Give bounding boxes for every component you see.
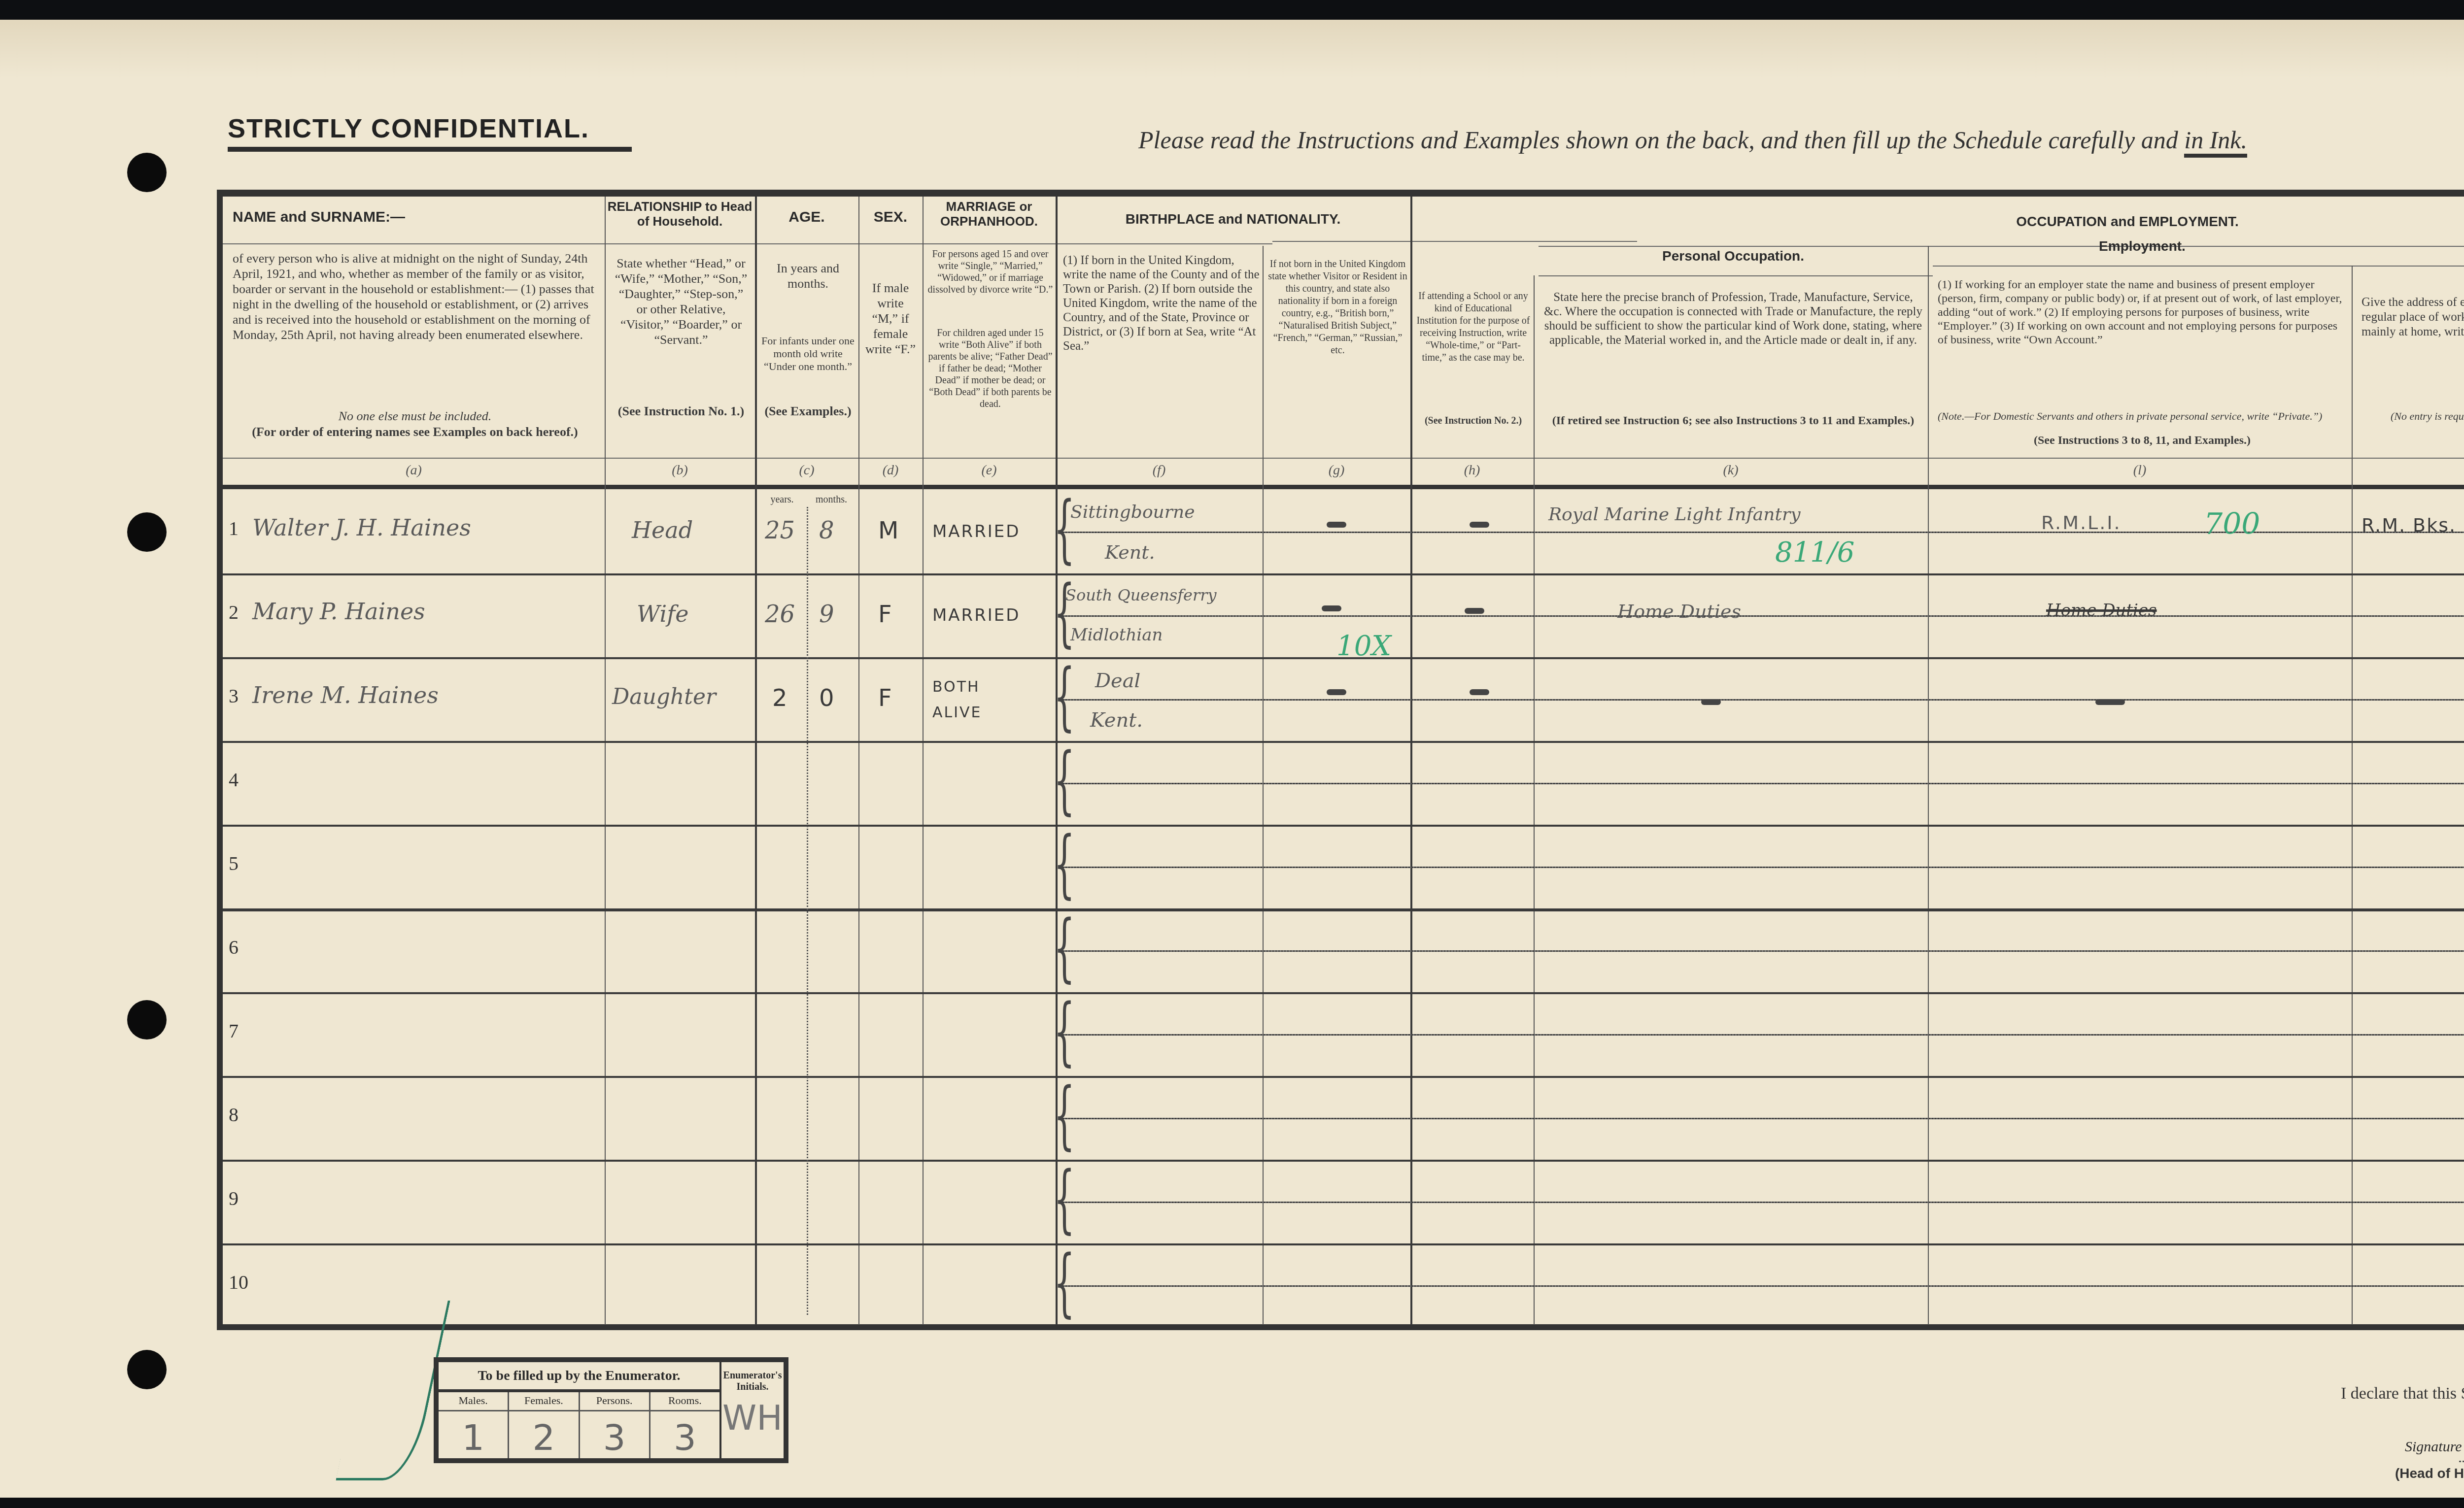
- col-k-footer: (If retired see Instruction 6; see also …: [1543, 413, 1923, 429]
- col-a-body: of every person who is alive at midnight…: [233, 251, 597, 342]
- row2-birthplace-county[interactable]: Midlothian: [1070, 625, 1163, 645]
- row-divider: [223, 825, 2464, 827]
- col-l-note: (Note.—For Domestic Servants and others …: [1938, 408, 2347, 424]
- col-m-note: (No entry is required for any person who…: [2361, 408, 2464, 424]
- row3-relationship[interactable]: Daughter: [612, 684, 716, 709]
- row-divider: [223, 908, 2464, 911]
- col-letter-h: (h): [1410, 463, 1534, 478]
- row-number: 4: [229, 768, 239, 791]
- declaration-text: I declare that this Schedule is correctl…: [2341, 1384, 2464, 1403]
- row1-nationality-dash[interactable]: [1327, 522, 1346, 528]
- col-d-body: If male write “M,” if female write “F.”: [863, 280, 918, 357]
- col-c-heading: AGE.: [757, 209, 856, 226]
- row1-birthplace-county[interactable]: Kent.: [1105, 541, 1155, 563]
- col-letter-e: (e): [923, 463, 1056, 478]
- col-d-heading: SEX.: [861, 209, 920, 226]
- col-a-note: No one else must be included.: [233, 408, 597, 424]
- col-letter-g: (g): [1263, 463, 1410, 478]
- row2-birthplace-town[interactable]: South Queensferry: [1065, 586, 1217, 604]
- header-divider: [1539, 275, 1933, 276]
- col-b-footer: (See Instruction No. 1.): [612, 403, 750, 419]
- col-letter-f: (f): [1056, 463, 1263, 478]
- age-years-subheading: years.: [757, 492, 807, 507]
- row2-occupation[interactable]: Home Duties: [1617, 601, 1741, 622]
- row1-age-months[interactable]: 8: [819, 517, 834, 544]
- col-divider-h-k: [1534, 275, 1535, 1325]
- row3-marriage[interactable]: BOTH ALIVE: [932, 674, 1006, 726]
- persons-value: 3: [580, 1417, 649, 1458]
- row2-name[interactable]: Mary P. Haines: [252, 598, 425, 625]
- row2-age-years[interactable]: 26: [765, 601, 795, 628]
- column-letter-divider: [223, 458, 2464, 459]
- age-years-months-separator: [807, 507, 808, 1315]
- row2-school-dash[interactable]: [1465, 608, 1484, 614]
- col-e-heading: MARRIAGE or ORPHANHOOD.: [925, 199, 1053, 229]
- col-l-heading: Employment.: [1933, 238, 2352, 254]
- row1-occupation[interactable]: Royal Marine Light Infantry: [1548, 504, 1800, 525]
- col-l-footer: (See Instructions 3 to 8, 11, and Exampl…: [1938, 433, 2347, 448]
- row-number: 7: [229, 1019, 239, 1042]
- col-letter-k: (k): [1534, 463, 1928, 478]
- col-e-body: For persons aged 15 and over write “Sing…: [927, 248, 1053, 296]
- row2-relationship[interactable]: Wife: [637, 601, 688, 627]
- in-ink-emphasis: in Ink.: [2184, 126, 2247, 158]
- census-table: NAME and SURNAME:— of every person who i…: [217, 190, 2464, 1330]
- row3-birthplace-county[interactable]: Kent.: [1090, 709, 1143, 732]
- header-divider: [1272, 241, 1637, 242]
- col-b-heading: RELATIONSHIP to Head of Household.: [607, 199, 753, 229]
- row-dotted-divider: [1061, 1034, 2464, 1036]
- col-m-heading: Place of Work.: [2357, 253, 2464, 269]
- enumerator-totals-header: To be filled up by the Enumerator.: [439, 1362, 719, 1392]
- signature-note: (Head of Household, Manager of Establish…: [2395, 1466, 2464, 1481]
- row1-place-of-work[interactable]: R.M. Bks. CHATHAM.: [2361, 514, 2464, 536]
- row3-employment-dash[interactable]: [2095, 699, 2125, 705]
- row-dotted-divider: [1061, 699, 2464, 701]
- col-g-body: If not born in the United Kingdom state …: [1267, 258, 1408, 357]
- row-dotted-divider: [1061, 1202, 2464, 1203]
- row3-occupation-dash[interactable]: [1701, 699, 1721, 705]
- col-divider-b-c: [755, 197, 757, 1325]
- brace-icon: {: [1054, 911, 1075, 985]
- punch-hole: [127, 153, 167, 192]
- col-l-body: (1) If working for an employer state the…: [1938, 278, 2347, 347]
- enumerator-initials-cell[interactable]: Enumerator's Initials. WH: [719, 1362, 784, 1458]
- col-c-footer: (See Examples.): [760, 403, 856, 419]
- row1-occupation-code: 811/6: [1775, 536, 1854, 569]
- row1-marriage[interactable]: MARRIED: [932, 522, 1021, 541]
- brace-icon: {: [1054, 1162, 1075, 1236]
- col-letter-c: (c): [755, 463, 858, 478]
- col-letter-l: (l): [1928, 463, 2352, 478]
- row-dotted-divider: [1061, 950, 2464, 952]
- col-divider-l-m: [2352, 266, 2353, 1325]
- row1-age-years[interactable]: 25: [765, 517, 795, 544]
- col-b-body: State whether “Head,” or “Wife,” “Mother…: [612, 256, 750, 347]
- row-divider: [223, 741, 2464, 743]
- row-dotted-divider: [1061, 783, 2464, 784]
- brace-icon: {: [1054, 1246, 1075, 1320]
- col-letter-d: (d): [858, 463, 923, 478]
- row-number: 5: [229, 852, 239, 875]
- row1-employment[interactable]: R.M.L.I.: [2041, 512, 2122, 534]
- row1-sex[interactable]: M: [878, 517, 900, 544]
- row-dotted-divider: [1061, 867, 2464, 868]
- header-bottom-rule: [223, 485, 2464, 489]
- brace-icon: {: [1054, 1078, 1075, 1152]
- col-h-footer: (See Instruction No. 2.): [1415, 413, 1531, 429]
- title-underline: [228, 147, 632, 152]
- row1-employment-code: 700: [2204, 507, 2260, 541]
- enumerator-totals-columns: Males.1 Females.2 Persons.3 Rooms.3: [439, 1392, 719, 1458]
- row1-name[interactable]: Walter J. H. Haines: [252, 514, 471, 541]
- row2-marriage[interactable]: MARRIED: [932, 605, 1021, 625]
- row3-nationality-dash[interactable]: [1327, 689, 1346, 695]
- females-cell[interactable]: Females.2: [509, 1392, 580, 1458]
- row-number: 9: [229, 1187, 239, 1210]
- col-divider-k-l: [1928, 246, 1929, 1325]
- page-title: STRICTLY CONFIDENTIAL.: [228, 113, 589, 144]
- header-divider: [223, 243, 1272, 244]
- row-dotted-divider: [1061, 615, 2464, 617]
- col-divider-d-e: [923, 197, 924, 1325]
- row3-age-months[interactable]: 0: [819, 684, 836, 712]
- row3-sex[interactable]: F: [878, 684, 893, 712]
- brace-icon: {: [1054, 995, 1075, 1069]
- brace-icon: {: [1054, 743, 1075, 817]
- col-letter-m: (m): [2352, 465, 2464, 481]
- col-divider-f-g: [1263, 246, 1264, 1325]
- row1-school-dash[interactable]: [1470, 522, 1489, 528]
- row-divider: [223, 992, 2464, 994]
- row-divider: [223, 1243, 2464, 1245]
- females-value: 2: [509, 1417, 578, 1458]
- row2-sex[interactable]: F: [878, 601, 893, 628]
- row-number: 1: [229, 517, 239, 540]
- col-h-body: If attending a School or any kind of Edu…: [1415, 290, 1531, 364]
- col-divider-g-h: [1410, 197, 1412, 1325]
- punch-hole: [127, 1350, 167, 1389]
- row-number: 6: [229, 936, 239, 959]
- row3-school-dash[interactable]: [1470, 689, 1489, 695]
- col-e-body2: For children aged under 15 write “Both A…: [927, 327, 1053, 410]
- birthplace-group-heading: BIRTHPLACE and NATIONALITY.: [1061, 211, 1405, 227]
- row1-birthplace-town[interactable]: Sittingbourne: [1070, 502, 1195, 522]
- row2-age-months[interactable]: 9: [819, 601, 834, 628]
- instruction-line: Please read the Instructions and Example…: [1138, 126, 2247, 154]
- col-letter-a: (a): [223, 463, 605, 478]
- col-divider-c-d: [858, 197, 859, 1325]
- row-divider: [223, 1076, 2464, 1078]
- row3-birthplace-town[interactable]: Deal: [1095, 670, 1140, 692]
- brace-icon: {: [1054, 660, 1075, 734]
- col-c-body: In years and months.: [760, 261, 856, 291]
- rooms-value: 3: [650, 1417, 719, 1458]
- row2-nationality-code: 10X: [1336, 630, 1391, 662]
- col-a-heading: NAME and SURNAME:—: [233, 209, 597, 226]
- col-divider-a-b: [605, 197, 606, 1325]
- col-a-footer: (For order of entering names see Example…: [233, 424, 597, 439]
- col-letter-b: (b): [605, 463, 755, 478]
- row-number: 2: [229, 601, 239, 624]
- punch-hole: [127, 1000, 167, 1039]
- males-cell[interactable]: Males.1: [439, 1392, 509, 1458]
- col-f-body: (1) If born in the United Kingdom, write…: [1063, 253, 1260, 353]
- col-m-body: Give the address of each person's place …: [2361, 295, 2464, 339]
- rooms-cell[interactable]: Rooms.3: [650, 1392, 719, 1458]
- row3-age-years[interactable]: 2: [772, 684, 789, 712]
- persons-cell[interactable]: Persons.3: [580, 1392, 650, 1458]
- signature-line: [2459, 1461, 2464, 1462]
- row3-name[interactable]: Irene M. Haines: [252, 682, 439, 708]
- row-divider: [223, 573, 2464, 575]
- row-dotted-divider: [1061, 1118, 2464, 1119]
- row-number: 3: [229, 684, 239, 707]
- enumerator-initials-value: WH: [721, 1398, 784, 1438]
- signature-label: Signature: [2405, 1439, 2462, 1455]
- col-k-heading: Personal Occupation.: [1539, 248, 1928, 264]
- col-k-body: State here the precise branch of Profess…: [1543, 290, 1923, 347]
- row-number: 8: [229, 1103, 239, 1126]
- brace-icon: {: [1054, 827, 1075, 901]
- row1-relationship[interactable]: Head: [632, 517, 693, 543]
- census-schedule-page: STRICTLY CONFIDENTIAL. Please read the I…: [0, 20, 2464, 1498]
- punch-hole: [127, 512, 167, 552]
- col-c-body2: For infants under one month old write “U…: [760, 335, 856, 373]
- enumerator-totals-box: To be filled up by the Enumerator. Males…: [434, 1357, 788, 1463]
- row-number: 10: [229, 1271, 248, 1294]
- row2-employment-struck[interactable]: Home Duties: [2046, 601, 2157, 620]
- row2-nationality-dash[interactable]: [1322, 605, 1341, 611]
- males-value: 1: [439, 1417, 508, 1458]
- row-dotted-divider: [1061, 1285, 2464, 1287]
- occupation-group-heading: OCCUPATION and EMPLOYMENT.: [1539, 214, 2464, 230]
- row-divider: [223, 1160, 2464, 1162]
- age-months-subheading: months.: [804, 492, 858, 507]
